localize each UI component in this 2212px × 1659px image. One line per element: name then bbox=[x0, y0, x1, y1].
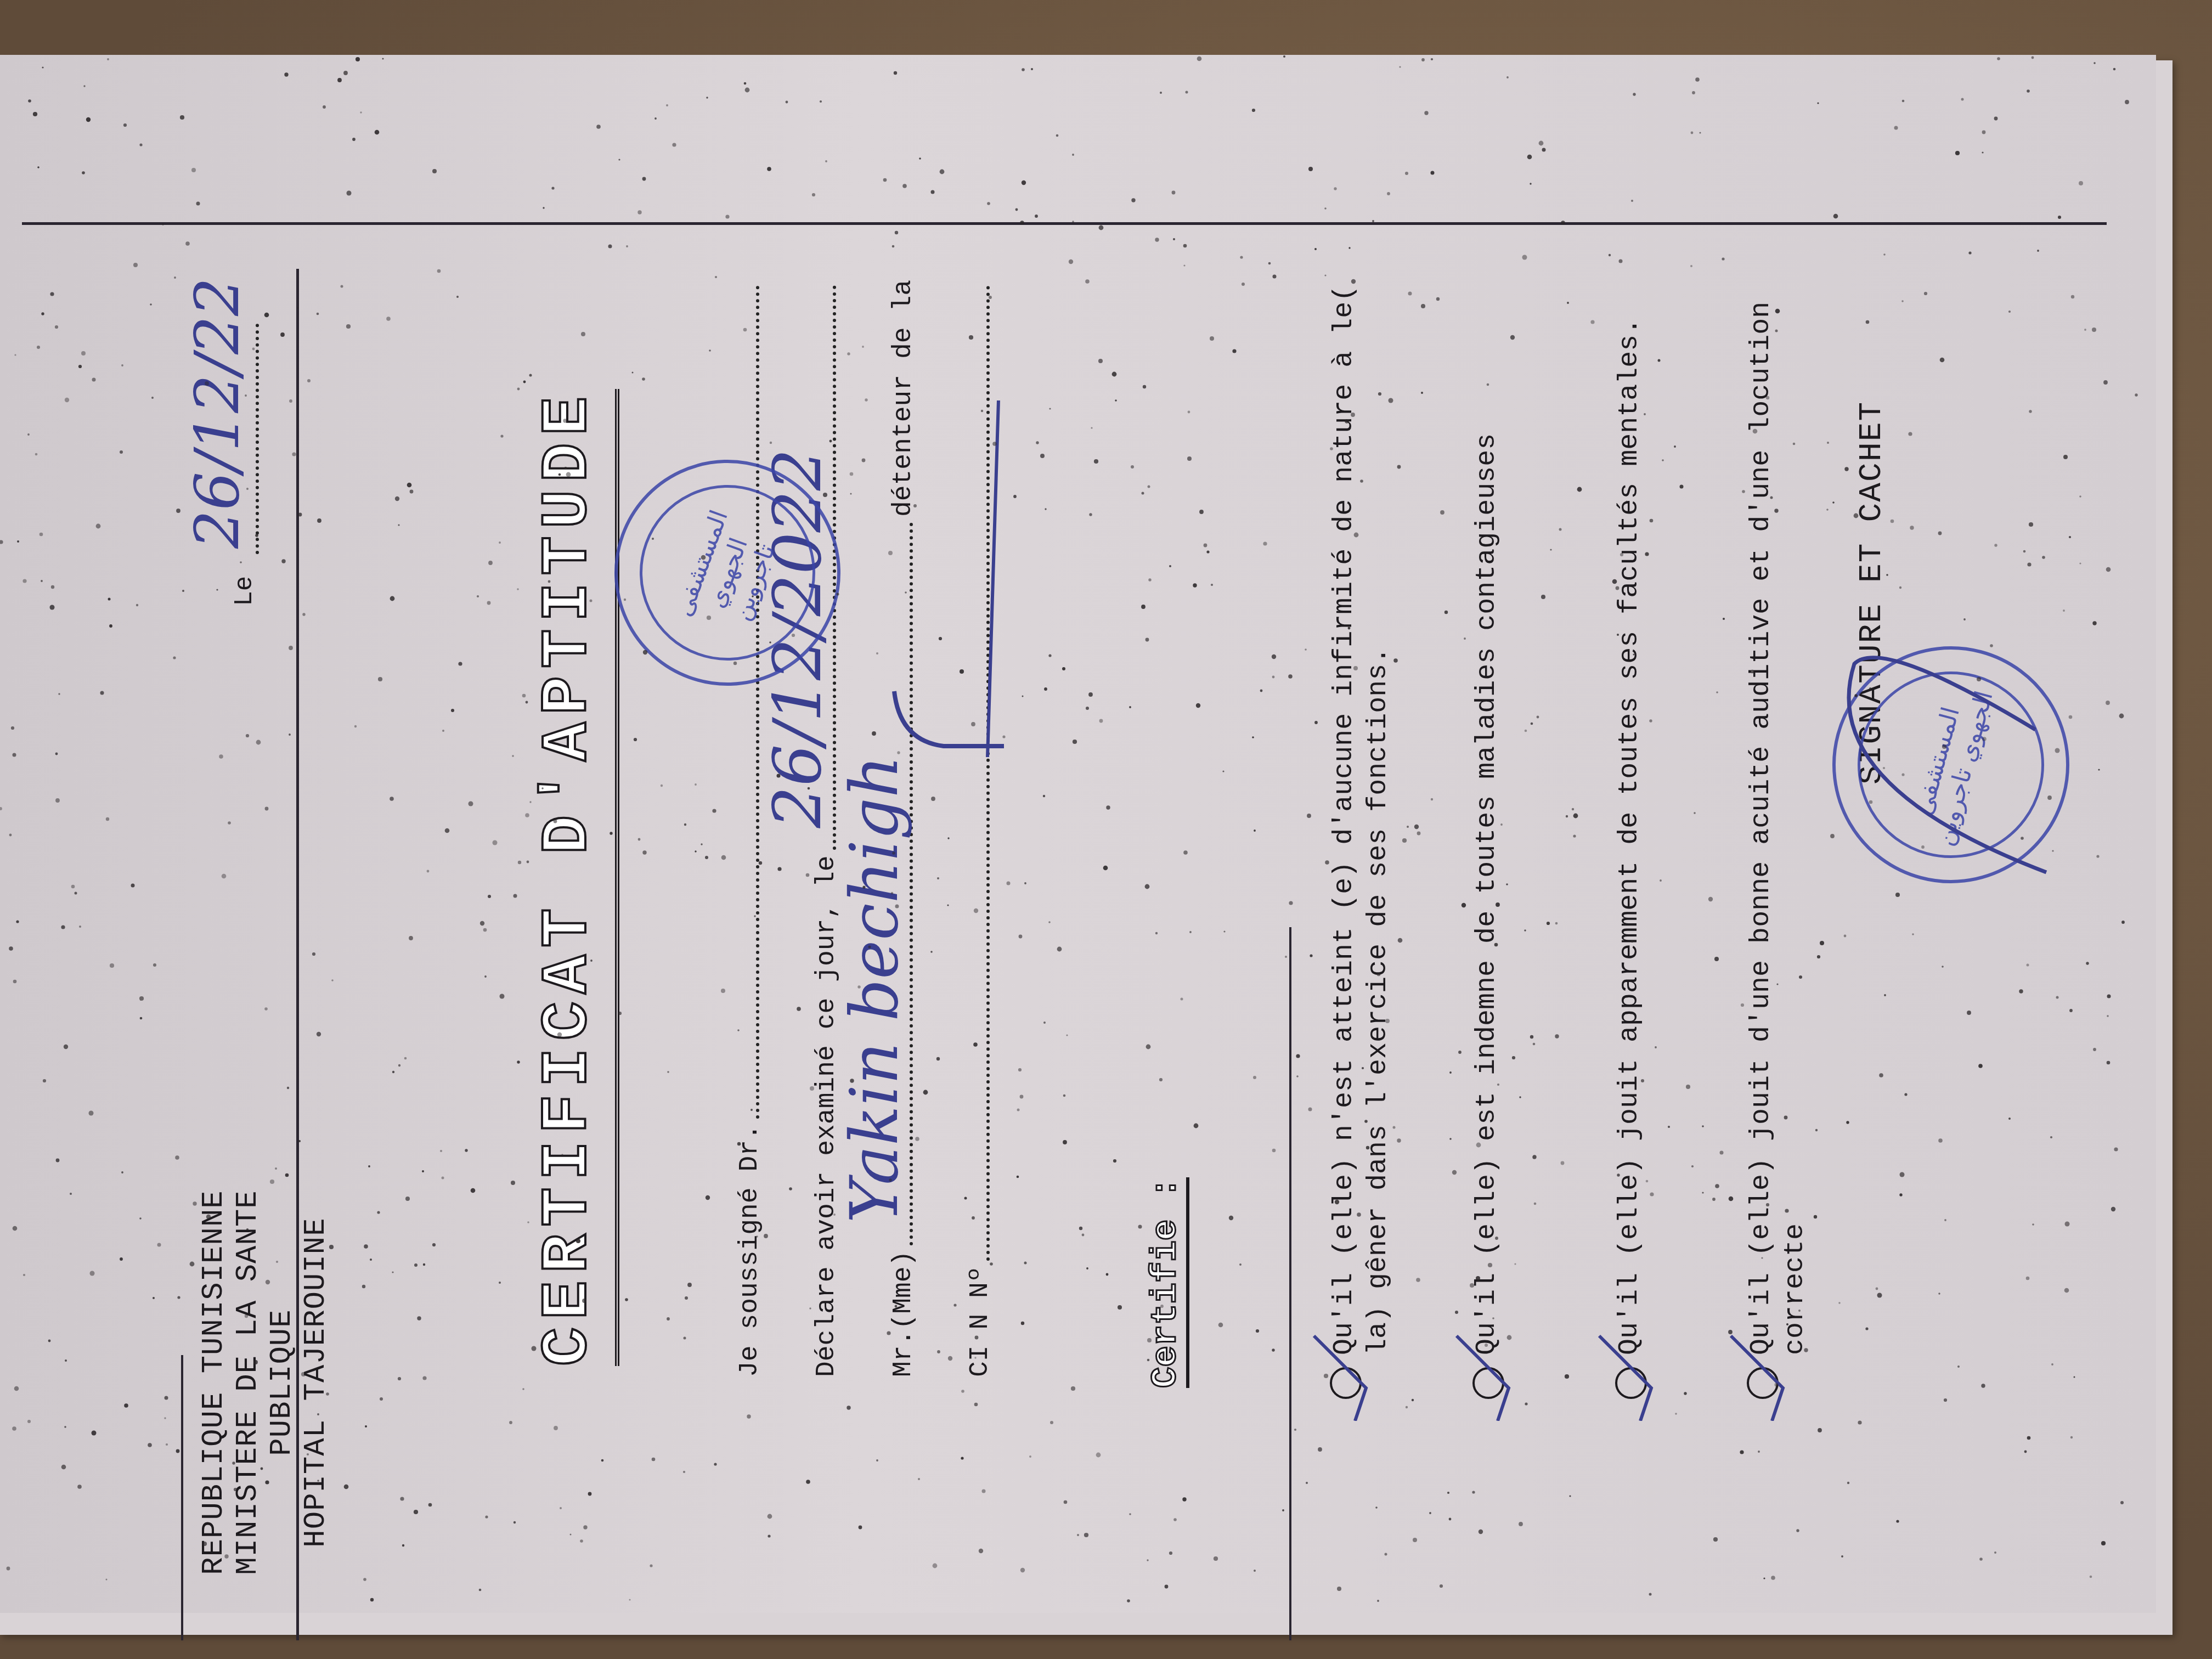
checklist-item-4: Qu'il (elle) jouit d'une bonne acuité au… bbox=[1745, 280, 1813, 1355]
cin-label: CI N Nº bbox=[966, 1266, 995, 1377]
patient-label: Mr.(Mme) bbox=[889, 1251, 918, 1377]
check-mark-icon bbox=[1728, 1333, 1788, 1421]
doctor-field-row: Je soussigné Dr. bbox=[735, 280, 765, 1377]
header-ministry: MINISTERE DE LA SANTE PUBLIQUE bbox=[232, 1136, 300, 1629]
pen-stroke bbox=[878, 373, 1020, 757]
header-republic: REPUBLIQUE TUNISIENNE bbox=[198, 1136, 232, 1629]
certificate-form: REPUBLIQUE TUNISIENNE MINISTERE DE LA SA… bbox=[22, 126, 2107, 1659]
header-block: REPUBLIQUE TUNISIENNE MINISTERE DE LA SA… bbox=[198, 1136, 334, 1629]
stamp-upper-text: المستشفى الجهوي تاجروين bbox=[629, 475, 826, 672]
checklist-item-3: Qu'il (elle) jouit apparemment de toutes… bbox=[1613, 280, 1647, 1355]
signature bbox=[1805, 609, 2079, 894]
check-mark-icon bbox=[1454, 1333, 1514, 1421]
right-margin-rule bbox=[22, 222, 2107, 225]
checklist-item-1: Qu'il (elle) n'est atteint (e) d'aucune … bbox=[1328, 280, 1396, 1355]
certifie-label: Certifie : bbox=[1147, 1177, 1189, 1388]
item-2-text: Qu'il (elle) est indemne de toutes malad… bbox=[1471, 433, 1503, 1355]
item-4-text: Qu'il (elle) jouit d'une bonne acuité au… bbox=[1746, 302, 1811, 1355]
doctor-label: Je soussigné Dr. bbox=[735, 1124, 765, 1377]
date-row: Le 26/12/22 bbox=[230, 324, 259, 606]
patient-name-value: Yakin bechigh bbox=[837, 755, 913, 1223]
item-3-text: Qu'il (elle) jouit apparemment de toutes… bbox=[1614, 318, 1645, 1355]
section-rule bbox=[1289, 927, 1291, 1640]
date-field[interactable]: 26/12/22 bbox=[256, 324, 259, 554]
doctor-field[interactable] bbox=[756, 285, 759, 1119]
checklist-item-2: Qu'il (elle) est indemne de toutes malad… bbox=[1470, 280, 1504, 1355]
date-value: 26/12/22 bbox=[182, 278, 252, 549]
header-top-rule bbox=[181, 1355, 183, 1640]
header-hospital: HOPITAL TAJEROUINE bbox=[300, 1136, 334, 1629]
date-label: Le bbox=[230, 576, 259, 606]
certificate-page: REPUBLIQUE TUNISIENNE MINISTERE DE LA SA… bbox=[0, 55, 2156, 1613]
check-mark-icon bbox=[1596, 1333, 1657, 1421]
item-1-text: Qu'il (elle) n'est atteint (e) d'aucune … bbox=[1329, 285, 1394, 1355]
header-rule bbox=[296, 269, 299, 1640]
page-title: CERTIFICAT D'APTITUDE bbox=[532, 389, 619, 1366]
check-mark-icon bbox=[1311, 1333, 1372, 1421]
